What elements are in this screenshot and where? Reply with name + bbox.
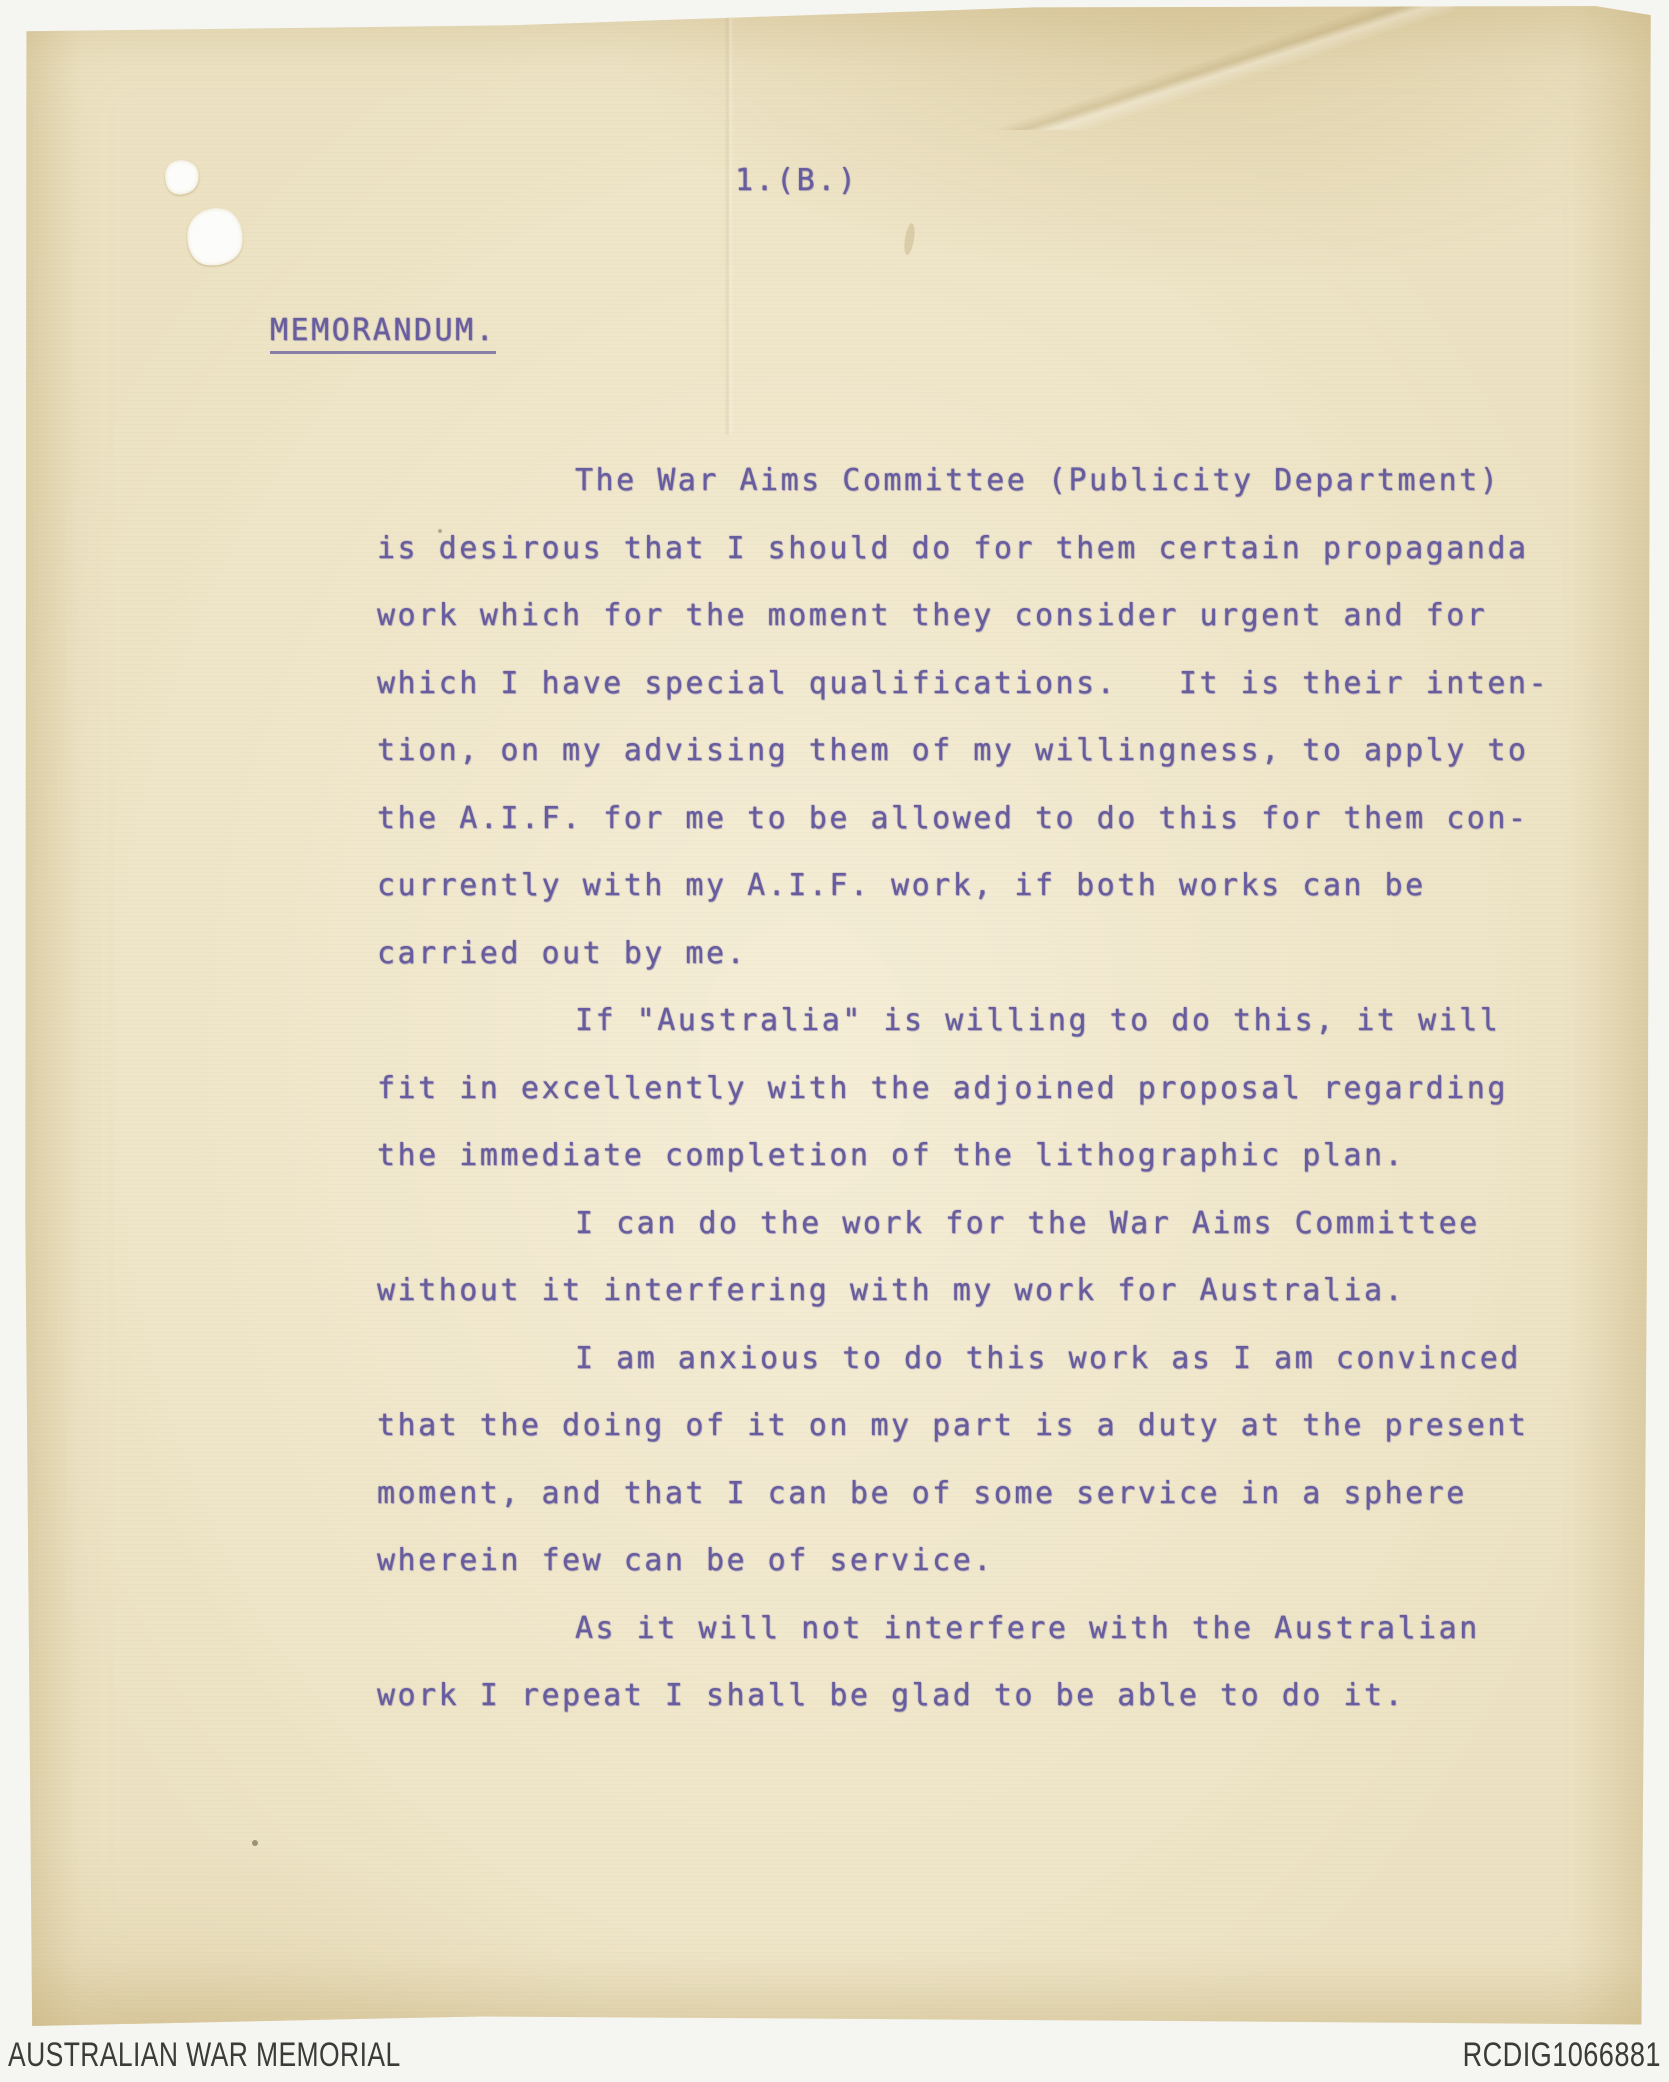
typewritten-line: the immediate completion of the lithogra…	[377, 1122, 1622, 1190]
typewritten-line: wherein few can be of service.	[377, 1527, 1622, 1595]
typewritten-line: I can do the work for the War Aims Commi…	[377, 1190, 1622, 1258]
typewritten-line: that the doing of it on my part is a dut…	[377, 1392, 1622, 1460]
archive-name: AUSTRALIAN WAR MEMORIAL	[8, 2036, 401, 2075]
paper-crease	[994, 5, 1454, 130]
typewritten-line: If "Australia" is willing to do this, it…	[377, 987, 1622, 1055]
typewritten-line: without it interfering with my work for …	[377, 1257, 1622, 1325]
typewritten-line: I am anxious to do this work as I am con…	[377, 1325, 1622, 1393]
memo-heading: MEMORANDUM.	[270, 313, 496, 354]
typewritten-line: currently with my A.I.F. work, if both w…	[377, 852, 1622, 920]
viewer-footer: AUSTRALIAN WAR MEMORIAL RCDIG1066881	[0, 2028, 1669, 2082]
typewritten-line: carried out by me.	[377, 920, 1622, 988]
typewritten-line: work I repeat I shall be glad to be able…	[377, 1662, 1622, 1730]
memo-body: The War Aims Committee (Publicity Depart…	[377, 447, 1622, 1730]
document-page: 1.(B.) MEMORANDUM. The War Aims Committe…	[24, 5, 1652, 2029]
typewritten-line: The War Aims Committee (Publicity Depart…	[377, 447, 1622, 515]
typewritten-line: As it will not interfere with the Austra…	[377, 1595, 1622, 1663]
paper-damage	[183, 204, 247, 269]
typewritten-line: work which for the moment they consider …	[377, 582, 1622, 650]
typewritten-line: tion, on my advising them of my willingn…	[377, 717, 1622, 785]
typewritten-line: fit in excellently with the adjoined pro…	[377, 1055, 1622, 1123]
typewritten-line: the A.I.F. for me to be allowed to do th…	[377, 785, 1622, 853]
typewritten-line: moment, and that I can be of some servic…	[377, 1460, 1622, 1528]
typewritten-line: which I have special qualifications. It …	[377, 650, 1622, 718]
reference-id: RCDIG1066881	[1463, 2036, 1661, 2075]
paper-fold-line	[724, 5, 734, 435]
typewritten-line: is desirous that I should do for them ce…	[377, 515, 1622, 583]
paper-speck	[252, 1840, 258, 1846]
page-number: 1.(B.)	[735, 163, 858, 198]
paper-damage	[161, 156, 202, 197]
ink-smudge	[903, 222, 917, 255]
